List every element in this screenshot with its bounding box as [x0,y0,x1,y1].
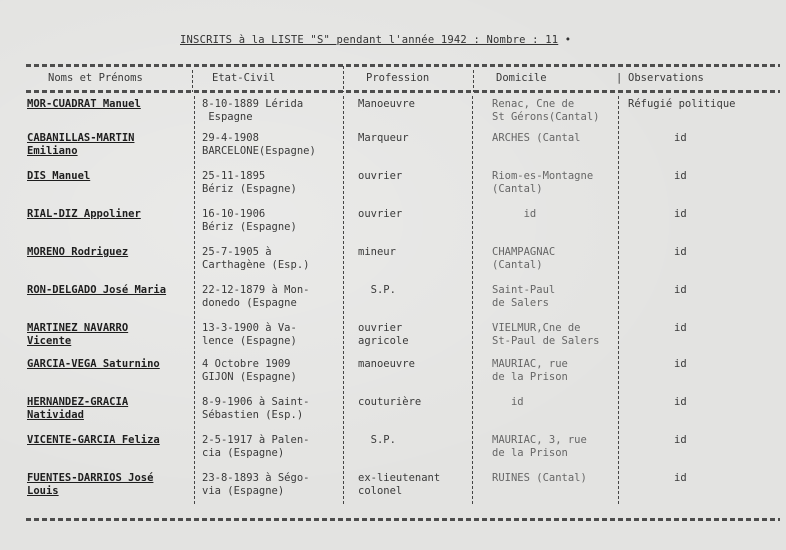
cell-dom-line1: VIELMUR,Cne de [492,322,581,335]
document-page: INSCRITS à la LISTE "S" pendant l'année … [0,0,786,550]
title-bullet: • [565,34,572,46]
cell-civil-line2: BARCELONE(Espagne) [202,145,316,158]
cell-name-line1: GARCIA-VEGA Saturnino [27,358,160,371]
header-divider-3 [473,70,474,92]
cell-prof-line1: S.P. [358,284,396,297]
header-divider-2 [343,66,344,92]
cell-civil-line2: via (Espagne) [202,485,284,498]
cell-name-line2: Natividad [27,409,84,422]
cell-dom-line1: id [492,396,524,409]
cell-civil-line1: 25-7-1905 à [202,246,272,259]
cell-name-line1: MOR-CUADRAT Manuel [27,98,141,111]
cell-dom-line1: id [492,208,536,221]
cell-civil-line1: 4 Octobre 1909 [202,358,291,371]
cell-prof-line1: couturière [358,396,421,409]
cell-prof-line1: ouvrier [358,170,402,183]
cell-civil-line2: Bériz (Espagne) [202,183,297,196]
cell-observations: Réfugié politique [628,98,735,111]
cell-civil-line2: Bériz (Espagne) [202,221,297,234]
cell-prof-line2: agricole [358,335,409,348]
cell-civil-line2: donedo (Espagne [202,297,297,310]
cell-name-line1: FUENTES-DARRIOS José [27,472,153,485]
cell-dom-line1: MAURIAC, 3, rue [492,434,587,447]
cell-dom-line2: St Gérons(Cantal) [492,111,599,124]
cell-name-line2: Emiliano [27,145,78,158]
header-top-rule [26,64,780,67]
cell-prof-line1: manoeuvre [358,358,415,371]
cell-observations: id [674,434,687,447]
cell-civil-line2: lence (Espagne) [202,335,297,348]
cell-dom-line1: Saint-Paul [492,284,555,297]
cell-civil-line1: 2-5-1917 à Palen- [202,434,309,447]
cell-civil-line2: Sébastien (Esp.) [202,409,303,422]
column-divider-3 [472,96,473,506]
cell-observations: id [674,396,687,409]
cell-dom-line2: de la Prison [492,371,568,384]
cell-dom-line1: RUINES (Cantal) [492,472,587,485]
cell-civil-line1: 8-9-1906 à Saint- [202,396,309,409]
cell-civil-line2: cia (Espagne) [202,447,284,460]
header-divider-1 [192,70,193,92]
cell-civil-line1: 8-10-1889 Lérida [202,98,303,111]
cell-civil-line2: Carthagène (Esp.) [202,259,309,272]
cell-name-line1: HERNANDEZ-GRACIA [27,396,128,409]
header-bottom-rule [26,90,780,93]
cell-dom-line1: CHAMPAGNAC [492,246,555,259]
cell-name-line2: Vicente [27,335,71,348]
cell-name-line2: Louis [27,485,59,498]
cell-civil-line1: 25-11-1895 [202,170,265,183]
cell-prof-line2: colonel [358,485,402,498]
header-names: Noms et Prénoms [48,72,143,84]
cell-observations: id [674,358,687,371]
cell-name-line1: RIAL-DIZ Appoliner [27,208,141,221]
cell-dom-line2: (Cantal) [492,183,543,196]
cell-name-line1: RON-DELGADO José Maria [27,284,166,297]
cell-prof-line1: Marqueur [358,132,409,145]
header-etat-civil: Etat-Civil [212,72,275,84]
cell-civil-line1: 29-4-1908 [202,132,259,145]
cell-prof-line1: Manoeuvre [358,98,415,111]
column-divider-4 [618,96,619,506]
cell-civil-line1: 16-10-1906 [202,208,265,221]
cell-observations: id [674,132,687,145]
column-divider-2 [343,96,344,506]
cell-dom-line1: Riom-es-Montagne [492,170,593,183]
header-domicile: Domicile [496,72,547,84]
cell-prof-line1: ouvrier [358,208,402,221]
cell-name-line1: MARTINEZ NAVARRO [27,322,128,335]
cell-prof-line1: ouvrier [358,322,402,335]
column-divider-1 [194,96,195,506]
cell-observations: id [674,170,687,183]
cell-observations: id [674,472,687,485]
cell-civil-line1: 13-3-1900 à Va- [202,322,297,335]
cell-prof-line1: S.P. [358,434,396,447]
cell-dom-line2: St-Paul de Salers [492,335,599,348]
cell-prof-line1: mineur [358,246,396,259]
cell-observations: id [674,284,687,297]
document-title: INSCRITS à la LISTE "S" pendant l'année … [180,34,571,46]
cell-dom-line1: MAURIAC, rue [492,358,568,371]
header-profession: Profession [366,72,429,84]
cell-observations: id [674,322,687,335]
cell-dom-line1: Renac, Cne de [492,98,574,111]
cell-prof-line1: ex-lieutenant [358,472,440,485]
title-text: INSCRITS à la LISTE "S" pendant l'année … [180,34,558,46]
cell-observations: id [674,208,687,221]
cell-civil-line2: Espagne [202,111,253,124]
cell-dom-line2: de la Prison [492,447,568,460]
cell-name-line1: MORENO Rodriguez [27,246,128,259]
cell-name-line1: VICENTE-GARCIA Feliza [27,434,160,447]
cell-dom-line2: (Cantal) [492,259,543,272]
cell-civil-line1: 22-12-1879 à Mon- [202,284,309,297]
header-separator: | [616,72,622,84]
cell-observations: id [674,246,687,259]
cell-civil-line2: GIJON (Espagne) [202,371,297,384]
cell-civil-line1: 23-8-1893 à Ségo- [202,472,309,485]
table-bottom-rule [26,518,780,521]
cell-name-line1: DIS Manuel [27,170,90,183]
cell-dom-line2: de Salers [492,297,549,310]
cell-name-line1: CABANILLAS-MARTIN [27,132,134,145]
cell-dom-line1: ARCHES (Cantal [492,132,581,145]
header-observations: Observations [628,72,704,84]
